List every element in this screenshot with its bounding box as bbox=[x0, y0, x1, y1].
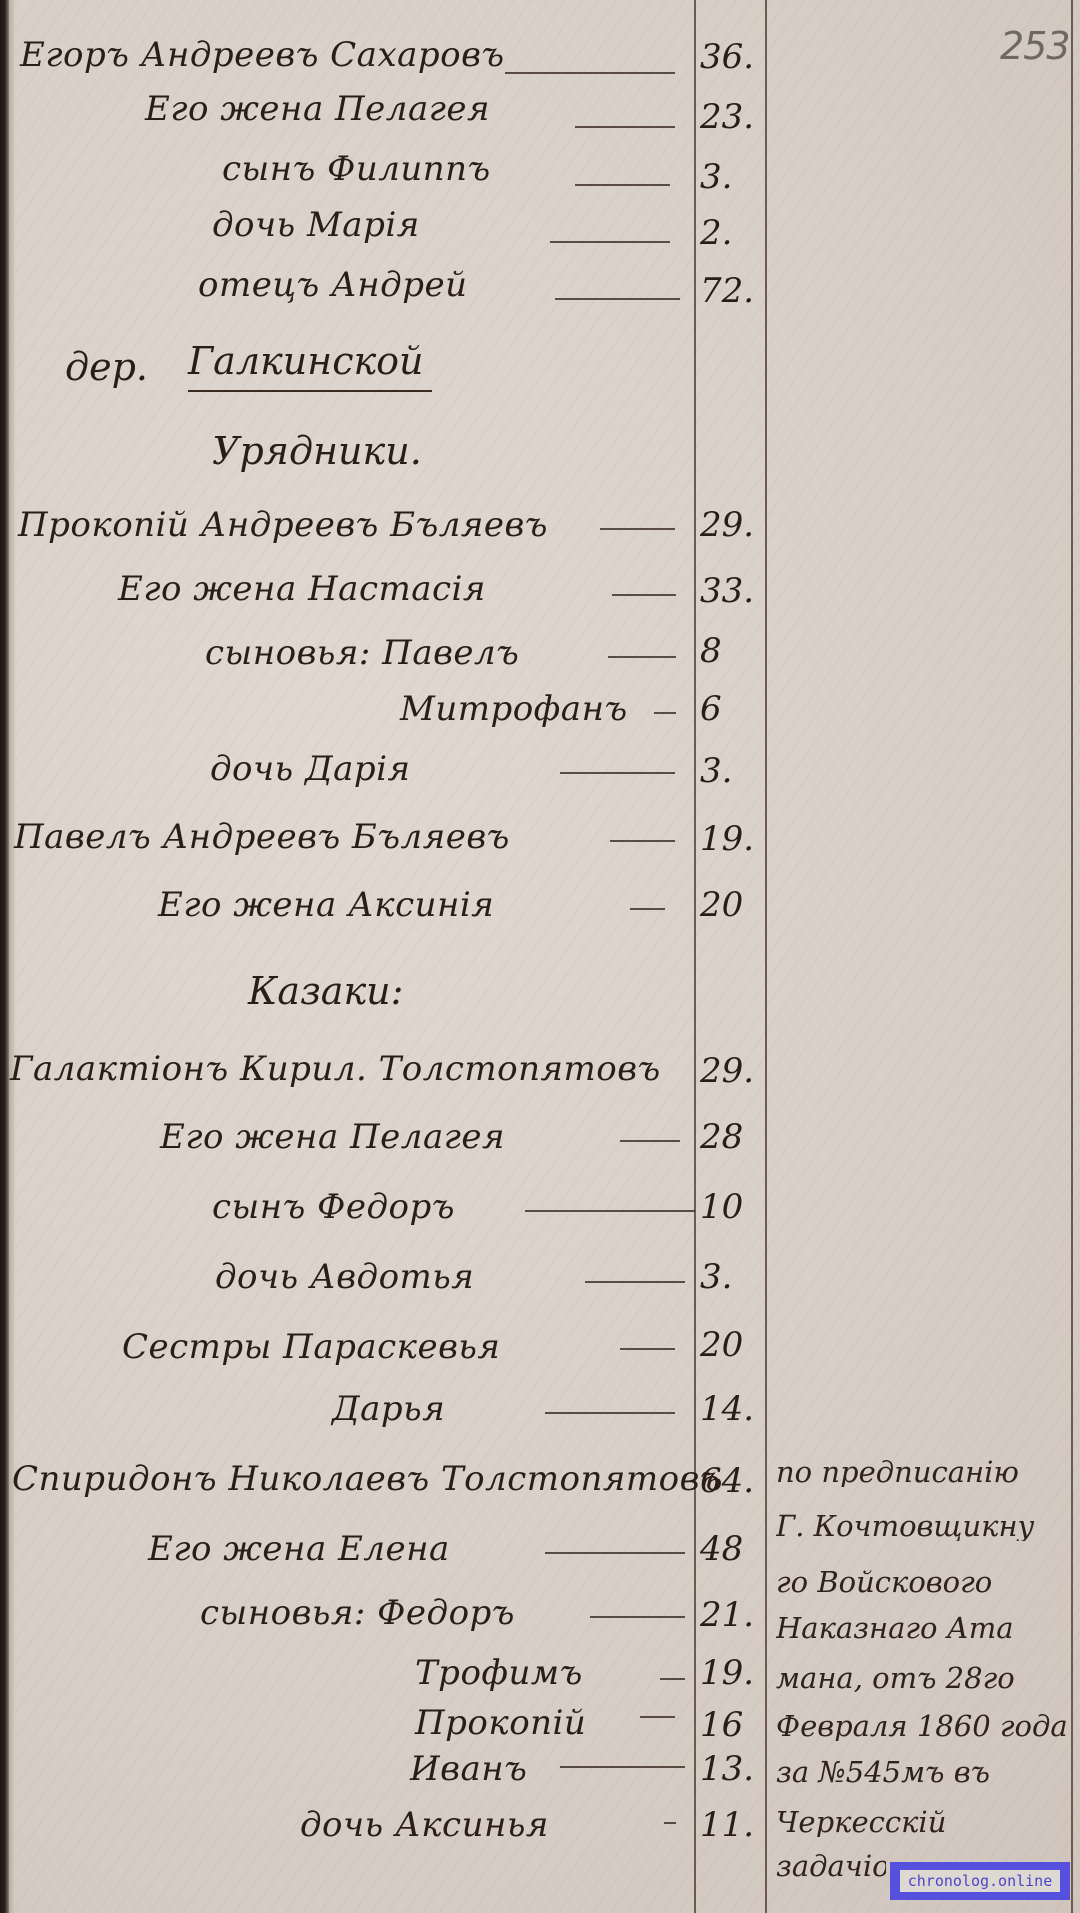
entry-name: сынъ Федоръ bbox=[212, 1190, 455, 1224]
entry-dash bbox=[560, 772, 675, 774]
section-heading-kazaki: Казаки: bbox=[248, 972, 403, 1010]
entry-age: 8 bbox=[700, 634, 762, 668]
entry-dash bbox=[640, 1716, 675, 1718]
entry-dash bbox=[545, 1412, 675, 1414]
entry-name: Прокопiй Андреевъ Бъляевъ bbox=[18, 508, 548, 542]
entry-age: 3. bbox=[700, 754, 762, 788]
entry-name: Его жена Пелагея bbox=[160, 1120, 505, 1154]
remark-line: Г. Кочтовщикну bbox=[776, 1512, 1068, 1541]
entry-dash bbox=[630, 908, 665, 910]
entry-age: 28 bbox=[700, 1120, 762, 1154]
entry-name: Дарья bbox=[332, 1392, 445, 1426]
entry-dash bbox=[585, 1281, 685, 1283]
entry-age: 11. bbox=[700, 1808, 762, 1842]
entry-dash bbox=[505, 72, 675, 74]
entry-age: 72. bbox=[700, 274, 762, 308]
entry-name: Митрофанъ bbox=[400, 692, 628, 726]
entry-dash bbox=[525, 1210, 695, 1212]
entry-dash bbox=[550, 241, 670, 243]
watermark-text: chronolog.online bbox=[900, 1870, 1061, 1893]
entry-name: сыновья: Федоръ bbox=[200, 1596, 515, 1630]
section-heading-uryadniki: Урядники. bbox=[212, 432, 422, 470]
entry-age: 2. bbox=[700, 216, 762, 250]
entry-name: Его жена Елена bbox=[148, 1532, 450, 1566]
entry-age: 3. bbox=[700, 1260, 762, 1294]
entry-name: Его жена Аксинiя bbox=[158, 888, 494, 922]
remark-line: Черкесскiй bbox=[776, 1808, 1068, 1837]
entry-age: 64. bbox=[700, 1464, 762, 1498]
entry-dash bbox=[654, 712, 676, 714]
column-rule-right-margin bbox=[1071, 0, 1073, 1913]
remark-line: по предписанiю bbox=[776, 1458, 1068, 1487]
entry-age: 48 bbox=[700, 1532, 762, 1566]
entry-name: Его жена Пелагея bbox=[145, 92, 490, 126]
entry-name: Прокопiй bbox=[415, 1706, 586, 1740]
entry-dash bbox=[608, 656, 676, 658]
remark-line: Наказнаго Ата bbox=[776, 1614, 1068, 1643]
entry-age: 14. bbox=[700, 1392, 762, 1426]
column-rule-age-remarks bbox=[765, 0, 767, 1913]
book-binding-edge bbox=[0, 0, 9, 1913]
entry-age: 36. bbox=[700, 40, 762, 74]
entry-dash bbox=[620, 1348, 675, 1350]
remark-line: задачiонъ bbox=[776, 1852, 886, 1881]
entry-age: 3. bbox=[700, 160, 762, 194]
entry-name: сыновья: Павелъ bbox=[205, 636, 519, 670]
watermark-badge[interactable]: chronolog.online bbox=[890, 1862, 1070, 1900]
entry-dash bbox=[610, 840, 675, 842]
entry-name: Егоръ Андреевъ Сахаровъ bbox=[20, 38, 505, 72]
entry-name: Галактiонъ Кирил. Толстопятовъ bbox=[10, 1052, 661, 1086]
page-gutter bbox=[9, 0, 15, 1913]
entry-dash bbox=[620, 1140, 680, 1142]
entry-dash bbox=[612, 594, 676, 596]
register-page: 253 Егоръ Андреевъ Сахаровъ 36. Его жена… bbox=[0, 0, 1080, 1913]
entry-dash bbox=[545, 1552, 685, 1554]
village-prefix: дер. bbox=[65, 348, 148, 386]
entry-name: Иванъ bbox=[410, 1752, 527, 1786]
entry-dash bbox=[575, 126, 675, 128]
entry-dash bbox=[575, 184, 670, 186]
entry-dash bbox=[600, 528, 675, 530]
entry-name: Павелъ Андреевъ Бъляевъ bbox=[14, 820, 510, 854]
entry-dash bbox=[660, 1678, 685, 1680]
remark-line: за №545мъ въ bbox=[776, 1758, 1068, 1787]
entry-age: 21. bbox=[700, 1598, 762, 1632]
column-rule-name-age bbox=[694, 0, 696, 1913]
entry-name: дочь Авдотья bbox=[215, 1260, 474, 1294]
entry-age: 29. bbox=[700, 508, 762, 542]
entry-age: 19. bbox=[700, 822, 762, 856]
entry-name: Сестры Параскевья bbox=[122, 1330, 500, 1364]
entry-name: дочь Аксинья bbox=[300, 1808, 549, 1842]
entry-name: отецъ Андрей bbox=[198, 268, 468, 302]
page-number: 253 bbox=[1000, 24, 1070, 68]
remark-line: Февраля 1860 года bbox=[776, 1712, 1068, 1741]
entry-age: 6 bbox=[700, 692, 762, 726]
entry-dash bbox=[560, 1766, 685, 1768]
entry-age: 16 bbox=[700, 1708, 762, 1742]
entry-age: 10 bbox=[700, 1190, 762, 1224]
entry-age: 33. bbox=[700, 574, 762, 608]
entry-name: Его жена Настасiя bbox=[118, 572, 486, 606]
entry-name: дочь Дарiя bbox=[210, 752, 411, 786]
entry-age: 19. bbox=[700, 1656, 762, 1690]
entry-age: 20 bbox=[700, 888, 762, 922]
entry-age: 13. bbox=[700, 1752, 762, 1786]
entry-name: дочь Марiя bbox=[212, 208, 420, 242]
entry-name: Спиридонъ Николаевъ Толстопятовъ bbox=[12, 1462, 723, 1496]
entry-age: 20 bbox=[700, 1328, 762, 1362]
entry-dash bbox=[555, 298, 680, 300]
remark-line: мана, отъ 28го bbox=[776, 1664, 1068, 1693]
entry-age: 23. bbox=[700, 100, 762, 134]
village-name: Галкинской bbox=[188, 342, 424, 380]
entry-age: 29. bbox=[700, 1054, 762, 1088]
remark-line: го Войскового bbox=[776, 1568, 1068, 1597]
entry-dash bbox=[590, 1616, 685, 1618]
entry-name: Трофимъ bbox=[415, 1656, 583, 1690]
entry-name: сынъ Филиппъ bbox=[222, 152, 491, 186]
entry-dash bbox=[664, 1822, 676, 1824]
